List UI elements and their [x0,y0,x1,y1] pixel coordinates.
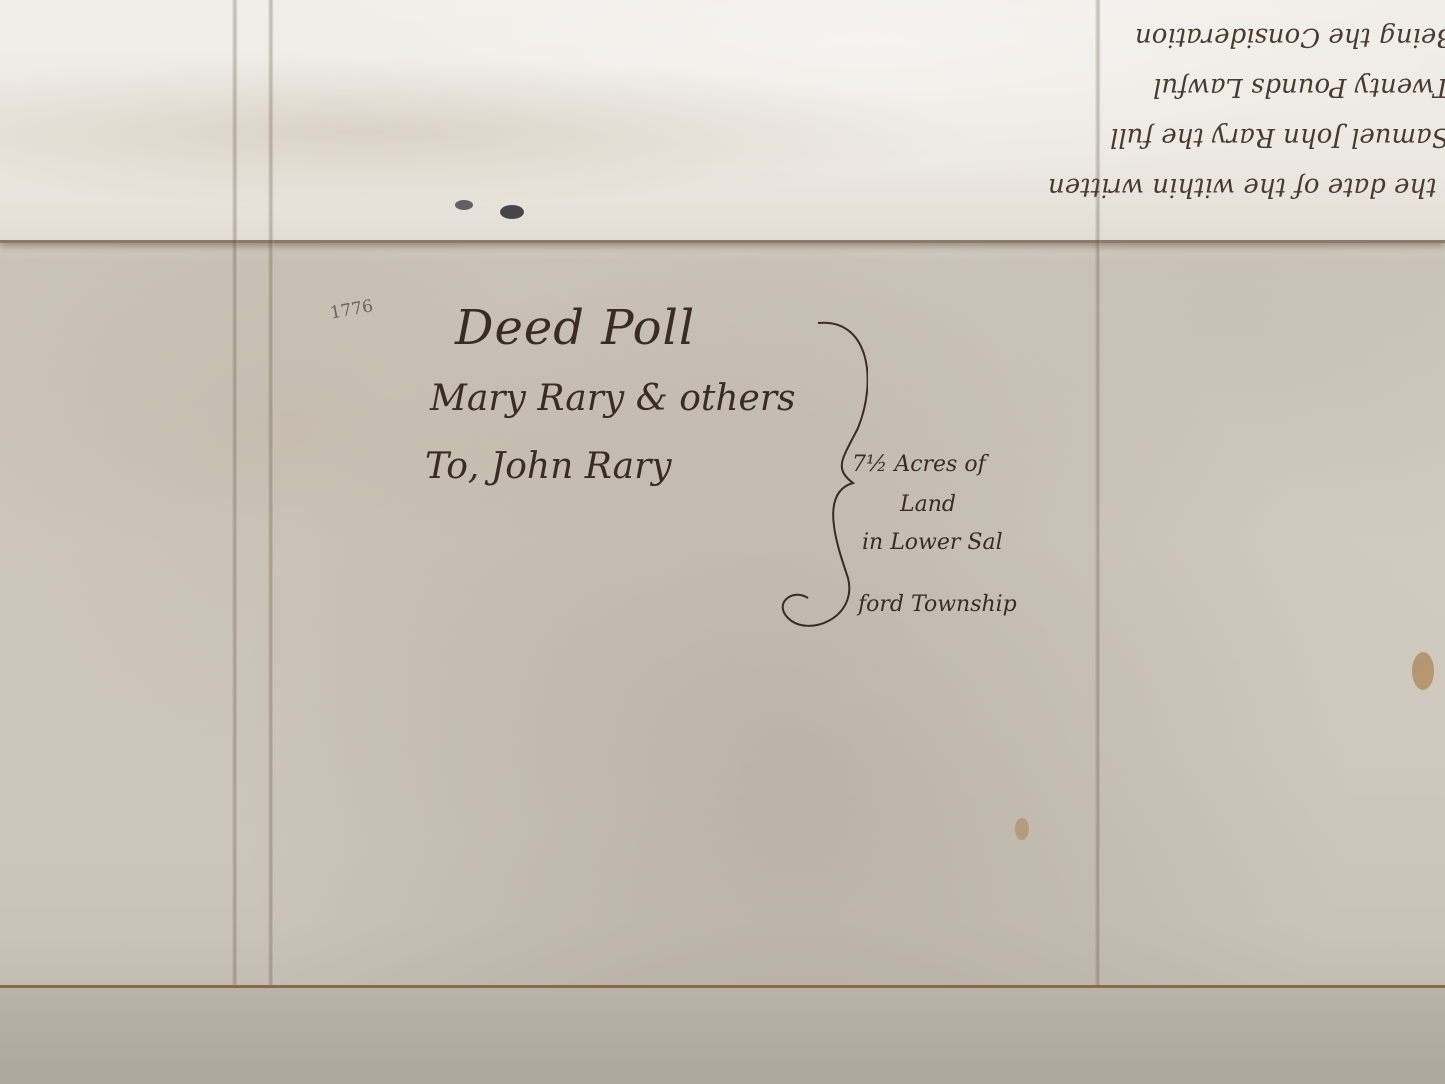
land-note-line: ford Township [858,592,1017,617]
ink-blot [500,205,524,219]
endorsement-grantee: To, John Rary [425,446,672,487]
curly-brace-icon [778,318,868,638]
reverse-text-line: the date of the within written [1048,172,1437,202]
reverse-text-line: Twenty Pounds Lawful [1153,72,1445,102]
reverse-text-line: Samuel John Rary the full [1110,122,1445,152]
land-note-line: Land [900,492,956,517]
pencil-date: 1776 [329,296,375,323]
endorsement-title: Deed Poll [455,300,695,356]
reverse-text-line: Being the Consideration [1135,22,1445,52]
vertical-fold-crease [1095,0,1101,1084]
land-note-line: in Lower Sal [862,530,1003,555]
endorsement-grantors: Mary Rary & others [430,378,796,419]
lower-fold-panel [0,985,1445,1084]
vertical-fold-crease [232,0,238,1084]
rust-stain [1412,652,1434,690]
ink-blot [455,200,473,210]
rust-stain [1015,818,1029,840]
deed-document: Being the Consideration Twenty Pounds La… [0,0,1445,1084]
land-note-line: 7½ Acres of [852,452,986,477]
upper-fold-panel: Being the Consideration Twenty Pounds La… [0,0,1445,243]
vertical-fold-crease [268,0,274,1084]
